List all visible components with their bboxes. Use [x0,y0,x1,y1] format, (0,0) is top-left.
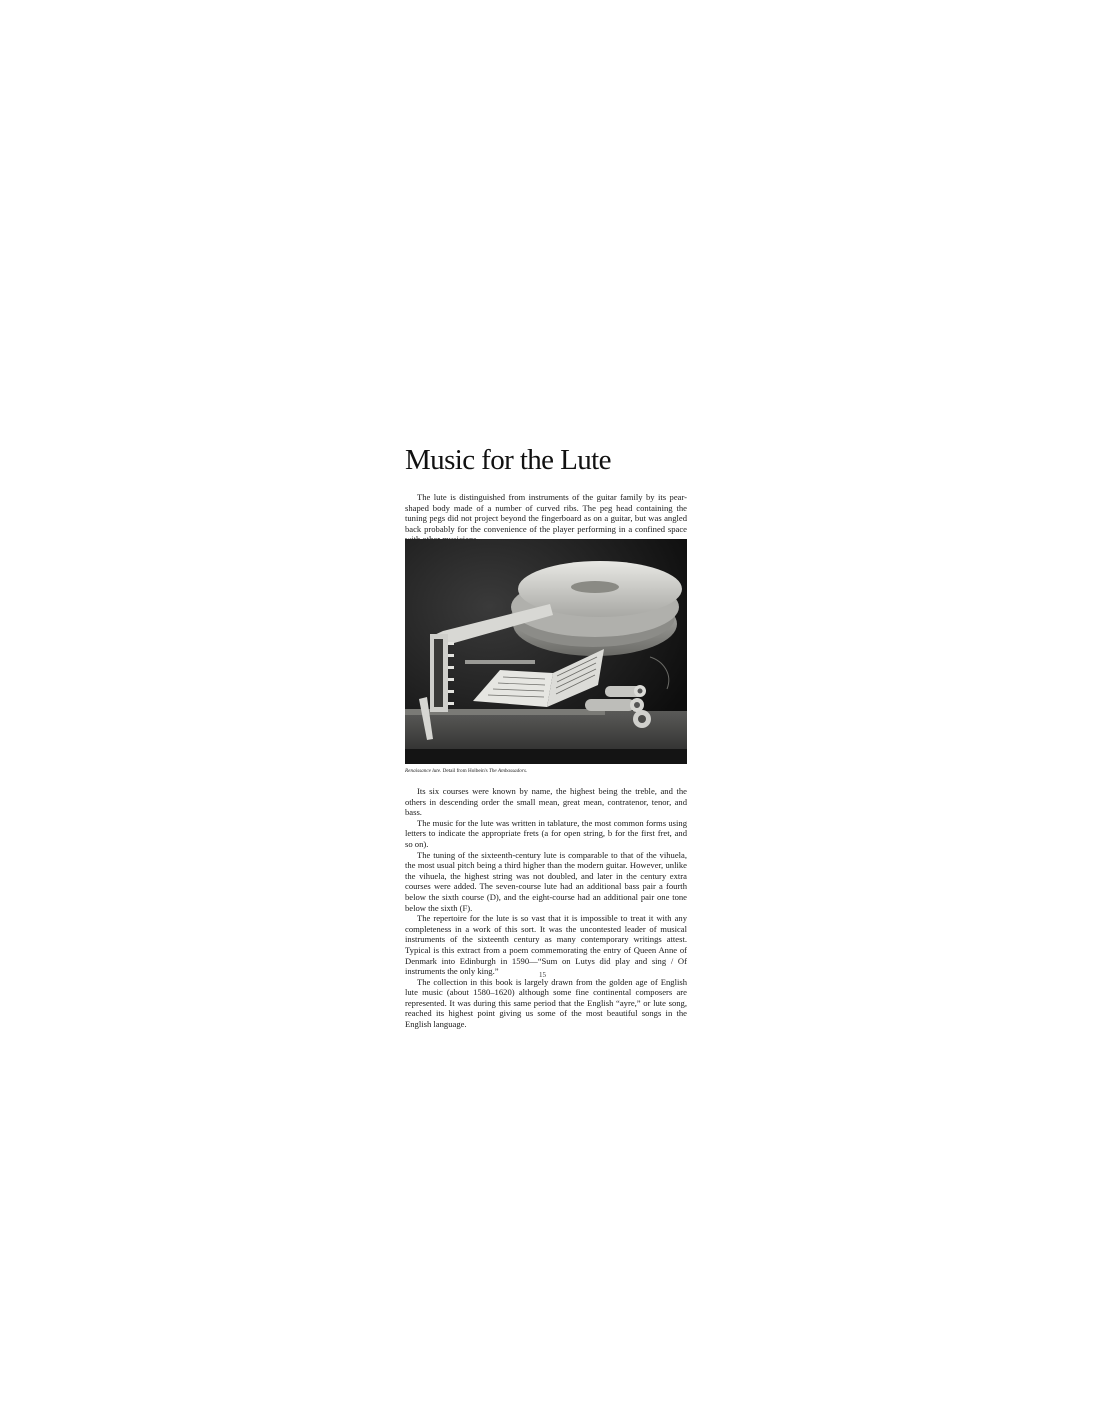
caption-text: Detail from Holbein's [441,768,489,774]
body-paragraph: Its six courses were known by name, the … [405,786,687,818]
body-text: Its six courses were known by name, the … [405,786,687,1030]
body-paragraph: The repertoire for the lute is so vast t… [405,913,687,977]
intro-paragraph: The lute is distinguished from instrumen… [405,492,687,545]
body-paragraph: The tuning of the sixteenth-century lute… [405,850,687,914]
body-paragraph: The collection in this book is largely d… [405,977,687,1030]
page-number: 15 [539,971,546,979]
lute-illustration-icon [405,539,687,764]
lute-photograph [405,539,687,764]
caption-lead: Renaissance lute. [405,768,441,774]
figure-caption: Renaissance lute. Detail from Holbein's … [405,768,527,775]
body-paragraph: The music for the lute was written in ta… [405,818,687,850]
page-title: Music for the Lute [405,444,611,477]
caption-work-title: The Ambassadors. [489,768,527,774]
